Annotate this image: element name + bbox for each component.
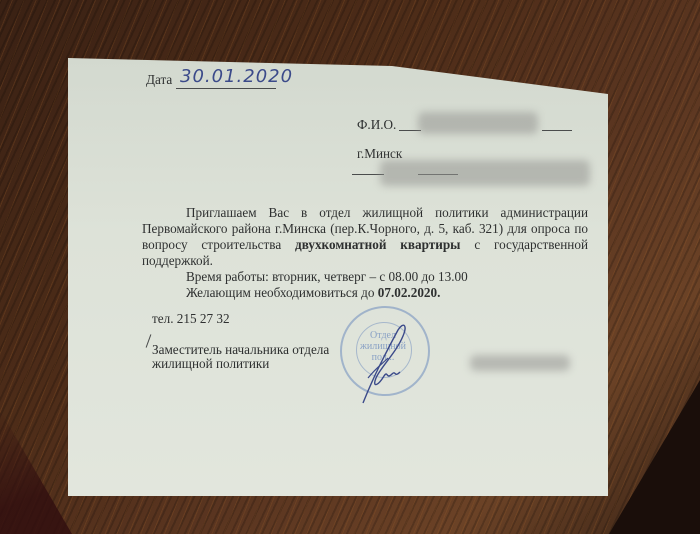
fio-underline-end — [542, 130, 572, 131]
working-hours: Время работы: вторник, четверг – с 08.00… — [142, 269, 588, 285]
deadline-date: 07.02.2020. — [378, 285, 441, 300]
redacted-signatory-name — [470, 355, 570, 371]
invitation-paragraph: Приглашаем Вас в отдел жилищной политики… — [142, 205, 588, 269]
fio-label: Ф.И.О. — [357, 117, 396, 133]
phone-number: тел. 215 27 32 — [152, 311, 230, 327]
date-underline — [176, 88, 276, 89]
apartment-type: двухкомнатной квартиры — [295, 237, 460, 252]
date-label: Дата — [146, 72, 172, 88]
deadline-line: Желающим необходимовиться до 07.02.2020. — [142, 285, 588, 301]
invitation-body: Приглашаем Вас в отдел жилищной политики… — [142, 205, 588, 301]
signatory-title-line2: жилищной политики — [152, 356, 269, 372]
date-handwritten: 30.01.2020 — [180, 66, 293, 87]
redacted-address — [380, 160, 590, 186]
signature-icon — [358, 318, 418, 408]
redacted-name — [418, 112, 538, 134]
deadline-prefix: Желающим необходимовиться до — [186, 285, 378, 300]
